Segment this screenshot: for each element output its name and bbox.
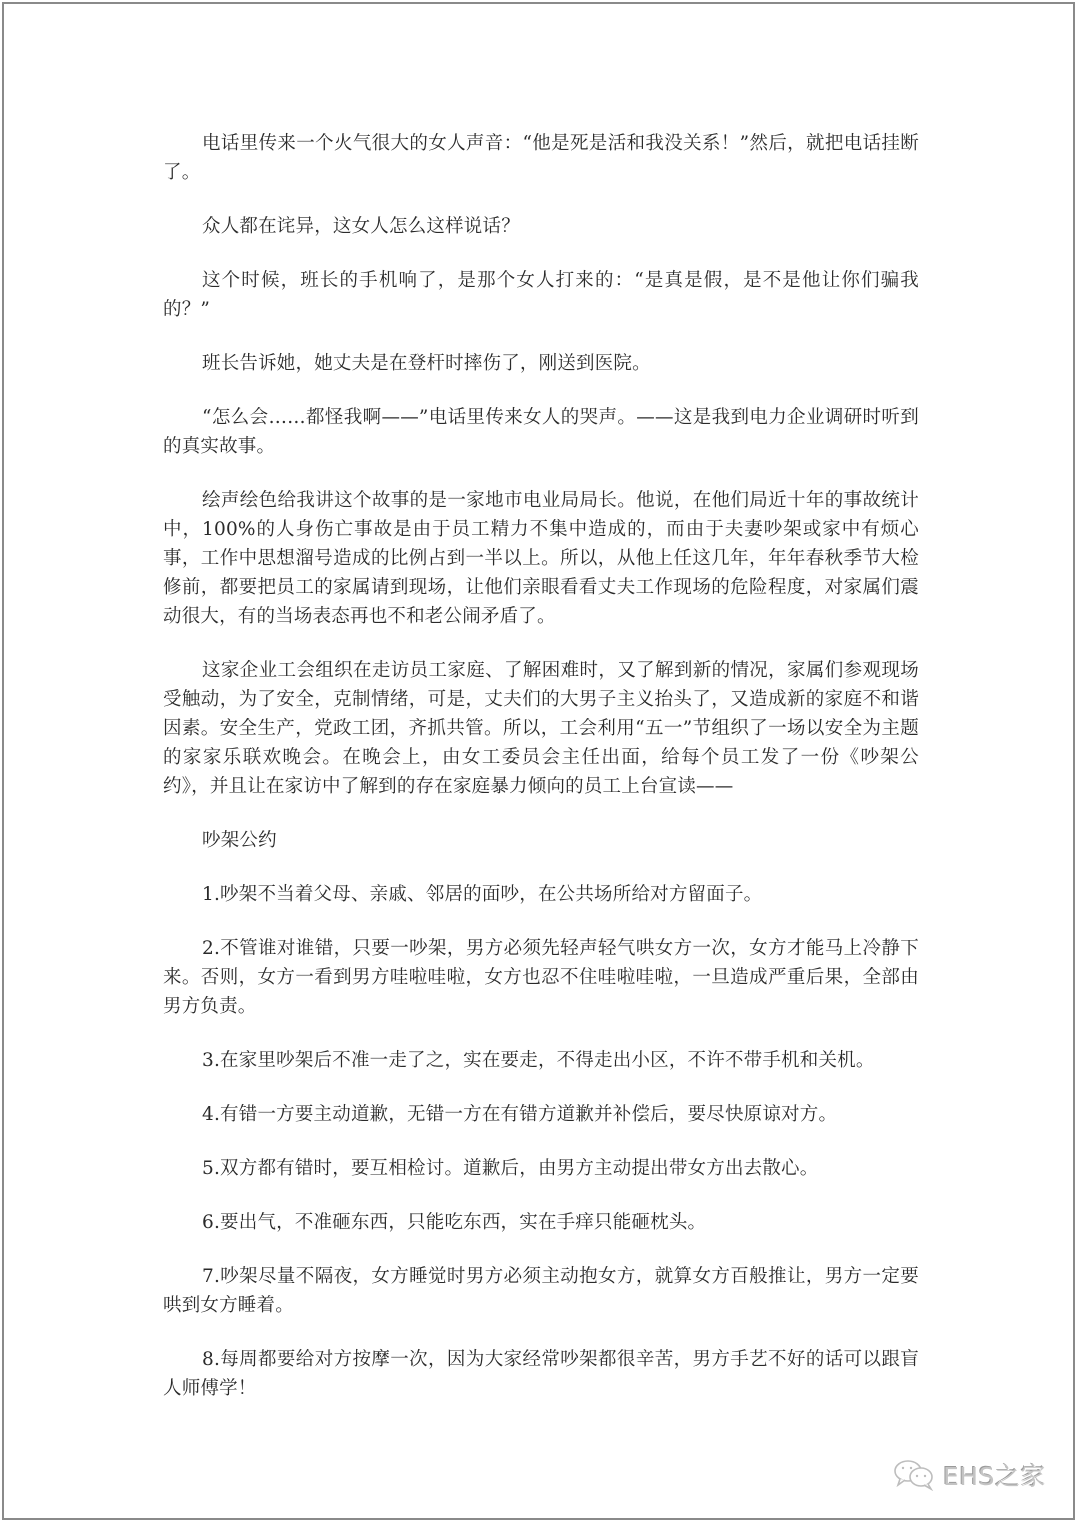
- paragraph: 班长告诉她，她丈夫是在登杆时摔伤了，刚送到医院。: [163, 349, 919, 378]
- wechat-icon: [893, 1459, 937, 1491]
- convention-item: 6.要出气，不准砸东西，只能吃东西，实在手痒只能砸枕头。: [163, 1208, 919, 1237]
- paragraph: “怎么会……都怪我啊——”电话里传来女人的哭声。——这是我到电力企业调研时听到的…: [163, 403, 919, 461]
- convention-item: 3.在家里吵架后不准一走了之，实在要走，不得走出小区，不许不带手机和关机。: [163, 1046, 919, 1075]
- convention-item: 7.吵架尽量不隔夜，女方睡觉时男方必须主动抱女方，就算女方百般推让，男方一定要哄…: [163, 1262, 919, 1320]
- convention-item: 8.每周都要给对方按摩一次，因为大家经常吵架都很辛苦，男方手艺不好的话可以跟盲人…: [163, 1345, 919, 1403]
- watermark-text: EHS之家: [943, 1457, 1046, 1493]
- paragraph: 这个时候，班长的手机响了，是那个女人打来的：“是真是假，是不是他让你们骗我的？”: [163, 266, 919, 324]
- watermark: EHS之家: [893, 1457, 1046, 1493]
- convention-item: 1.吵架不当着父母、亲戚、邻居的面吵，在公共场所给对方留面子。: [163, 880, 919, 909]
- document-body: 电话里传来一个火气很大的女人声音：“他是死是活和我没关系！”然后，就把电话挂断了…: [163, 129, 919, 1428]
- paragraph: 电话里传来一个火气很大的女人声音：“他是死是活和我没关系！”然后，就把电话挂断了…: [163, 129, 919, 187]
- convention-item: 4.有错一方要主动道歉，无错一方在有错方道歉并补偿后，要尽快原谅对方。: [163, 1100, 919, 1129]
- convention-item: 2.不管谁对谁错，只要一吵架，男方必须先轻声轻气哄女方一次，女方才能马上冷静下来…: [163, 934, 919, 1021]
- paragraph: 众人都在诧异，这女人怎么这样说话？: [163, 212, 919, 241]
- convention-title: 吵架公约: [163, 826, 919, 855]
- paragraph: 这家企业工会组织在走访员工家庭、了解困难时，又了解到新的情况，家属们参观现场受触…: [163, 656, 919, 801]
- paragraph: 绘声绘色给我讲这个故事的是一家地市电业局局长。他说，在他们局近十年的事故统计中，…: [163, 486, 919, 631]
- convention-item: 5.双方都有错时，要互相检讨。道歉后，由男方主动提出带女方出去散心。: [163, 1154, 919, 1183]
